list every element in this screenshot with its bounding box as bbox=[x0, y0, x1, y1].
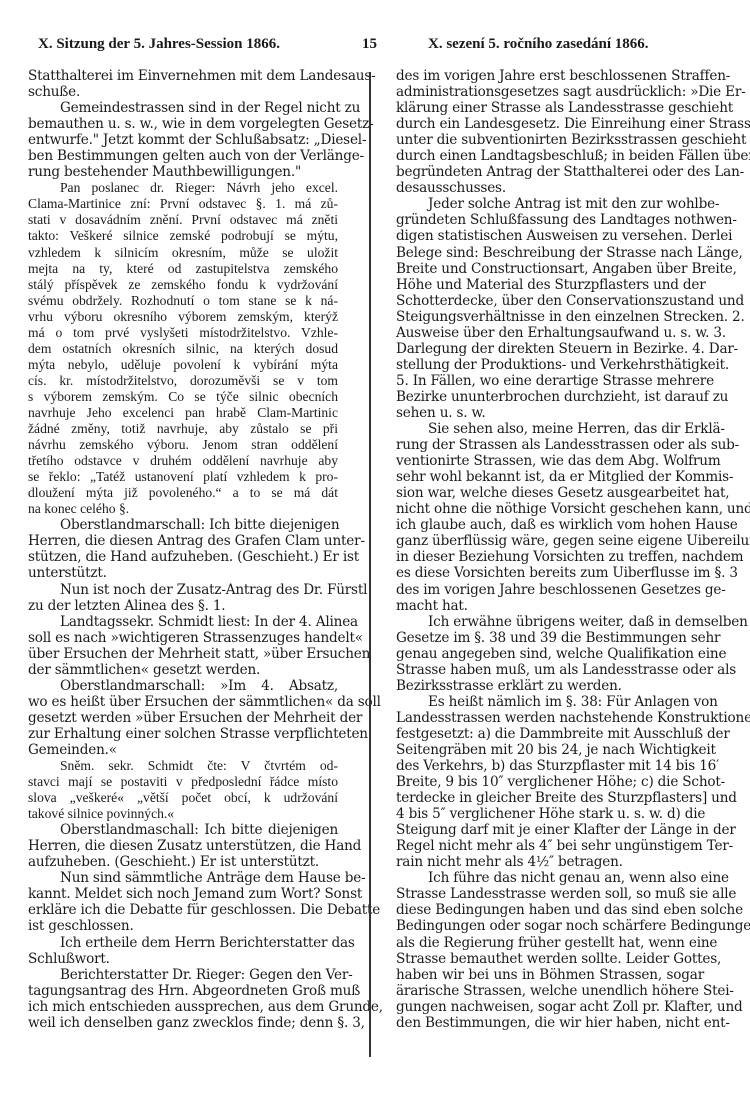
text-line: Oberstlandmarschall: Ich bitte diejenige… bbox=[28, 517, 338, 533]
text-line: sion war, welche dieses Gesetz ausgearbe… bbox=[396, 485, 704, 501]
text-line: Belege sind: Beschreibung der Strasse na… bbox=[396, 245, 704, 261]
text-line: dloužení mýta již povoleného.“ a to se m… bbox=[28, 485, 338, 501]
text-line: s výborem zemským. Co se týče silnic obe… bbox=[28, 389, 338, 405]
right-column: des im vorigen Jahre erst beschlossenen … bbox=[396, 68, 704, 1031]
text-line: erkläre ich die Debatte für geschlossen.… bbox=[28, 902, 338, 918]
text-line: Bedingungen oder sogar noch schärfere Be… bbox=[396, 918, 704, 934]
text-line: Statthalterei im Einvernehmen mit dem La… bbox=[28, 68, 338, 84]
text-line: Landesstrassen werden nachstehende Konst… bbox=[396, 710, 704, 726]
text-line: macht hat. bbox=[396, 598, 704, 614]
text-line: Schotterdecke, über den Conservationszus… bbox=[396, 293, 704, 309]
text-line: na konec celého §. bbox=[28, 501, 338, 517]
text-line: Clama-Martinice zní: První odstavec §. 1… bbox=[28, 196, 338, 212]
text-line: Regel nicht mehr als 4″ bei sehr ungünst… bbox=[396, 838, 704, 854]
text-line: stálý příspěvek ze zemského fondu k vydr… bbox=[28, 277, 338, 293]
text-line: Ich führe das nicht genau an, wenn also … bbox=[396, 870, 704, 886]
text-line: Jeder solche Antrag ist mit den zur wohl… bbox=[396, 196, 704, 212]
text-line: wo es heißt über Ersuchen der sämmtliche… bbox=[28, 694, 338, 710]
text-line: Es heißt nämlich im §. 38: Für Anlagen v… bbox=[396, 694, 704, 710]
text-line: Seitengräben mit 20 bis 24, je nach Wich… bbox=[396, 742, 704, 758]
text-line: Oberstlandmarschall: »Im 4. Absatz, bbox=[28, 678, 338, 694]
text-line: aufzuheben. (Geschieht.) Er ist unterstü… bbox=[28, 854, 338, 870]
text-line: über Ersuchen der Mehrheit statt, »über … bbox=[28, 646, 338, 662]
text-line: žádné změny, totiž navrhuje, aby zůstalo… bbox=[28, 421, 338, 437]
text-line: dem ostatních okresních silnic, na který… bbox=[28, 341, 338, 357]
text-line: mejta na ty, které od zastupitelstva zem… bbox=[28, 261, 338, 277]
text-line: Gemeindestrassen sind in der Regel nicht… bbox=[28, 100, 338, 116]
text-line: Höhe und Material des Sturzpflasters und… bbox=[396, 277, 704, 293]
text-line: Sie sehen also, meine Herren, das dir Er… bbox=[396, 421, 704, 437]
text-line: klärung einer Strasse als Landesstrasse … bbox=[396, 100, 704, 116]
text-line: ist geschlossen. bbox=[28, 918, 338, 934]
text-line: cís. kr. místodržitelstvo, dorozuměvši s… bbox=[28, 373, 338, 389]
text-line: Strasse haben muß, um als Landesstrasse … bbox=[396, 662, 704, 678]
text-line: ärarische Strassen, welche unendlich höh… bbox=[396, 983, 704, 999]
text-line: stützen, die Hand aufzuheben. (Geschieht… bbox=[28, 549, 338, 565]
text-line: entwurfe." Jetzt kommt der Schlußabsatz:… bbox=[28, 132, 338, 148]
text-line: Herren, die diesen Zusatz unterstützen, … bbox=[28, 838, 338, 854]
text-line: weil ich denselben ganz zwecklos finde; … bbox=[28, 1015, 338, 1031]
text-line: rung bestehender Mauthbewilligungen." bbox=[28, 164, 338, 180]
text-line: vrhu výboru okresního výborem zemským, k… bbox=[28, 309, 338, 325]
text-line: Gesetze im §. 38 und 39 die Bestimmungen… bbox=[396, 630, 704, 646]
text-line: 5. In Fällen, wo eine derartige Strasse … bbox=[396, 373, 704, 389]
left-column: Statthalterei im Einvernehmen mit dem La… bbox=[28, 68, 338, 1031]
text-line: der sämmtlichen« gesetzt werden. bbox=[28, 662, 338, 678]
text-line: Pan poslanec dr. Rieger: Návrh jeho exce… bbox=[28, 180, 338, 196]
text-line: Strasse bemauthet werden sollte. Leider … bbox=[396, 951, 704, 967]
text-line: durch einen Landtagsbeschluß; in beiden … bbox=[396, 148, 704, 164]
text-line: ich mich entschieden aussprechen, aus de… bbox=[28, 999, 338, 1015]
text-line: Steigung darf mit je einer Klafter der L… bbox=[396, 822, 704, 838]
text-line: unterstützt. bbox=[28, 565, 338, 581]
text-line: als die Regierung früher gestellt hat, w… bbox=[396, 935, 704, 951]
text-line: rain nicht mehr als 4½″ betragen. bbox=[396, 854, 704, 870]
text-line: Darlegung der direkten Steuern in Bezirk… bbox=[396, 341, 704, 357]
text-line: Gemeinden.« bbox=[28, 742, 338, 758]
text-line: es diese Vorsichten bereits zum Uiberflu… bbox=[396, 565, 704, 581]
text-line: bemauthen u. s. w., wie in dem vorgelegt… bbox=[28, 116, 338, 132]
text-line: stellung der Produktions- und Verkehrsth… bbox=[396, 357, 704, 373]
text-line: zu der letzten Alinea des §. 1. bbox=[28, 598, 338, 614]
text-line: den Bestimmungen, die wir hier haben, ni… bbox=[396, 1015, 704, 1031]
text-line: Steigungsverhältnisse in den einzelnen S… bbox=[396, 309, 704, 325]
text-line: digen statistischen Ausweisen zu versehe… bbox=[396, 228, 704, 244]
text-line: gungen nachweisen, sogar acht Zoll pr. K… bbox=[396, 999, 704, 1015]
text-line: Bezirksstrasse erklärt zu werden. bbox=[396, 678, 704, 694]
text-line: slova „veškeré« „větší počet obcí, k udr… bbox=[28, 790, 338, 806]
text-line: ich glaube auch, daß es wirklich vom hoh… bbox=[396, 517, 704, 533]
text-line: durch ein Landesgesetz. Die Einreihung e… bbox=[396, 116, 704, 132]
text-line: Strasse Landesstrasse werden soll, so mu… bbox=[396, 886, 704, 902]
header-left-title: X. Sitzung der 5. Jahres-Session 1866. bbox=[38, 36, 280, 53]
text-line: návrhu zemského výboru. Jenom stran oddě… bbox=[28, 437, 338, 453]
text-line: schuße. bbox=[28, 84, 338, 100]
text-line: svému obdržely. Rozhodnutí o tom stane s… bbox=[28, 293, 338, 309]
text-line: administrationsgesetzes sagt ausdrücklic… bbox=[396, 84, 704, 100]
column-divider bbox=[369, 72, 371, 1057]
text-line: ben Bestimmungen gelten auch von der Ver… bbox=[28, 148, 338, 164]
text-line: haben wir bei uns in Böhmen Strassen, so… bbox=[396, 967, 704, 983]
text-line: nicht ohne die nöthige Vorsicht geschehe… bbox=[396, 501, 704, 517]
text-line: Breite und Constructionsart, Angaben übe… bbox=[396, 261, 704, 277]
text-line: des im vorigen Jahre erst beschlossenen … bbox=[396, 68, 704, 84]
text-line: in dieser Beziehung Vorsichten zu treffe… bbox=[396, 549, 704, 565]
text-line: Nun sind sämmtliche Anträge dem Hause be… bbox=[28, 870, 338, 886]
text-line: takové silnice povinných.« bbox=[28, 806, 338, 822]
text-line: Ich ertheile dem Herrn Berichterstatter … bbox=[28, 935, 338, 951]
text-line: zur Erhaltung einer solchen Strasse verp… bbox=[28, 726, 338, 742]
text-line: des im vorigen Jahre beschlossenen Geset… bbox=[396, 582, 704, 598]
text-line: rung der Strassen als Landesstrassen ode… bbox=[396, 437, 704, 453]
text-line: 4 bis 5″ verglichener Höhe stark u. s. w… bbox=[396, 806, 704, 822]
text-line: desausschusses. bbox=[396, 180, 704, 196]
text-line: Ich erwähne übrigens weiter, daß in dems… bbox=[396, 614, 704, 630]
text-line: Oberstlandmaschall: Ich bitte diejenigen bbox=[28, 822, 338, 838]
text-line: tagungsantrag des Hrn. Abgeordneten Groß… bbox=[28, 983, 338, 999]
text-line: se řeklo: „Tatéž ustanovení platí vzhled… bbox=[28, 469, 338, 485]
text-line: begründeten Antrag der Statthalterei ode… bbox=[396, 164, 704, 180]
text-line: genau angegeben sind, welche Qualifikati… bbox=[396, 646, 704, 662]
text-line: sehen u. s. w. bbox=[396, 405, 704, 421]
text-line: navrhuje Jeho excelenci pan hrabě Clam-M… bbox=[28, 405, 338, 421]
text-line: ventionirte Strassen, wie das dem Abg. W… bbox=[396, 453, 704, 469]
page-header: X. Sitzung der 5. Jahres-Session 1866. 1… bbox=[0, 36, 750, 58]
text-line: má o tom prvé vyslyšeti místodržitelstvo… bbox=[28, 325, 338, 341]
text-line: sehr wohl bekannt ist, da er Mitglied de… bbox=[396, 469, 704, 485]
text-line: Landtagssekr. Schmidt liest: In der 4. A… bbox=[28, 614, 338, 630]
text-line: stavci mají se postaviti v předposlední … bbox=[28, 774, 338, 790]
text-line: Nun ist noch der Zusatz-Antrag des Dr. F… bbox=[28, 582, 338, 598]
text-line: Sněm. sekr. Schmidt čte: V čtvrtém od- bbox=[28, 758, 338, 774]
text-line: stati v dosavádním znění. První odstavec… bbox=[28, 212, 338, 228]
text-line: gründeten Schlußfassung des Landtages no… bbox=[396, 212, 704, 228]
text-line: Berichterstatter Dr. Rieger: Gegen den V… bbox=[28, 967, 338, 983]
text-line: gesetzt werden »über Ersuchen der Mehrhe… bbox=[28, 710, 338, 726]
text-line: des Verkehrs, b) das Sturzpflaster mit 1… bbox=[396, 758, 704, 774]
text-line: unter die subventionirten Bezirksstrasse… bbox=[396, 132, 704, 148]
text-line: Ausweise über den Erhaltungsaufwand u. s… bbox=[396, 325, 704, 341]
text-line: Schlußwort. bbox=[28, 951, 338, 967]
text-line: ganz überflüssig wäre, gegen seine eigen… bbox=[396, 533, 704, 549]
text-line: třetího odstavce v druhém oddělení navrh… bbox=[28, 453, 338, 469]
text-line: terdecke in gleicher Breite des Sturzpfl… bbox=[396, 790, 704, 806]
page-number: 15 bbox=[362, 36, 377, 53]
text-line: takto: Veškeré silnice zemské podrobují … bbox=[28, 228, 338, 244]
header-right-title: X. sezení 5. ročního zasedání 1866. bbox=[428, 36, 649, 53]
text-line: soll es nach »wichtigeren Strassenzuges … bbox=[28, 630, 338, 646]
text-line: Bezirke ununterbrochen durchzieht, ist d… bbox=[396, 389, 704, 405]
text-line: kannt. Meldet sich noch Jemand zum Wort?… bbox=[28, 886, 338, 902]
text-line: Herren, die diesen Antrag des Grafen Cla… bbox=[28, 533, 338, 549]
text-line: diese Bedingungen haben und das sind ebe… bbox=[396, 902, 704, 918]
text-line: mýta nebylo, uděluje povolení k vybírání… bbox=[28, 357, 338, 373]
text-line: Breite, 9 bis 10″ verglichener Höhe; c) … bbox=[396, 774, 704, 790]
text-line: festgesetzt: a) die Dammbreite mit Aussc… bbox=[396, 726, 704, 742]
text-line: vzhledem k silnicím okresním, může se ul… bbox=[28, 245, 338, 261]
